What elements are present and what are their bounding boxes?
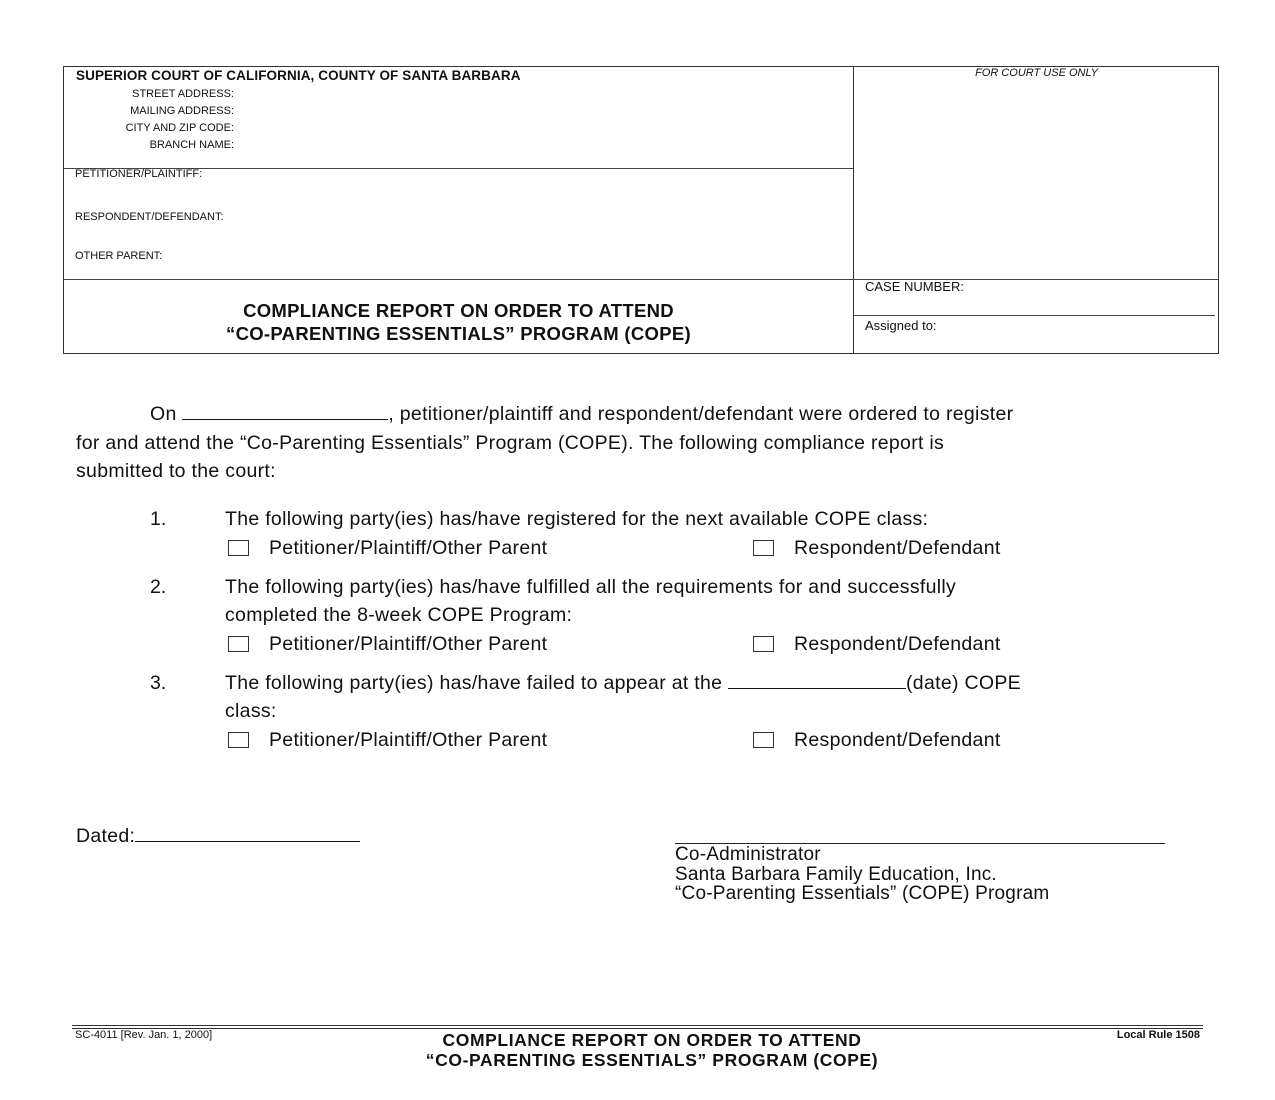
item-1-petitioner-label: Petitioner/Plaintiff/Other Parent — [269, 537, 547, 560]
caption-box: SUPERIOR COURT OF CALIFORNIA, COUNTY OF … — [63, 66, 1219, 354]
item-3-petitioner-checkbox[interactable] — [228, 732, 249, 748]
intro-line-1: On , petitioner/plaintiff and respondent… — [150, 403, 1013, 426]
dated-field[interactable] — [135, 825, 360, 842]
assigned-to-label: Assigned to: — [865, 318, 937, 333]
branch-name-label: BRANCH NAME: — [76, 139, 234, 151]
respondent-label: RESPONDENT/DEFENDANT: — [75, 211, 224, 223]
footer-title: COMPLIANCE REPORT ON ORDER TO ATTEND “CO… — [257, 1030, 1047, 1070]
case-number-divider — [853, 315, 1215, 316]
item-2-number: 2. — [150, 576, 166, 599]
form-id: SC-4011 [Rev. Jan. 1, 2000] — [75, 1029, 212, 1041]
caption-divider-title — [64, 279, 1218, 280]
intro-line-3: submitted to the court: — [76, 460, 276, 483]
item-2-option-respondent[interactable]: Respondent/Defendant — [753, 633, 1001, 655]
item-1-respondent-label: Respondent/Defendant — [794, 537, 1001, 560]
missed-class-date-field[interactable] — [728, 672, 906, 689]
court-use-label: FOR COURT USE ONLY — [854, 67, 1219, 79]
item-3-text-line2: class: — [225, 700, 277, 723]
footer-title-line1: COMPLIANCE REPORT ON ORDER TO ATTEND — [257, 1030, 1047, 1050]
intro-line1-rest: , petitioner/plaintiff and respondent/de… — [388, 403, 1013, 425]
item-3-text-line1: The following party(ies) has/have failed… — [225, 672, 1021, 695]
other-parent-label: OTHER PARENT: — [75, 250, 162, 262]
local-rule: Local Rule 1508 — [1117, 1029, 1200, 1041]
dated-label: Dated: — [76, 825, 135, 847]
item-1-text: The following party(ies) has/have regist… — [225, 508, 928, 531]
item-3-text-suffix: (date) COPE — [906, 672, 1021, 694]
item-2-respondent-checkbox[interactable] — [753, 636, 774, 652]
petitioner-label: PETITIONER/PLAINTIFF: — [75, 168, 202, 180]
item-1-option-petitioner[interactable]: Petitioner/Plaintiff/Other Parent — [228, 537, 547, 559]
item-2-text-line2: completed the 8-week COPE Program: — [225, 604, 572, 627]
item-1-option-respondent[interactable]: Respondent/Defendant — [753, 537, 1001, 559]
item-3-text-prefix: The following party(ies) has/have failed… — [225, 672, 722, 694]
caption-vertical-divider — [853, 67, 854, 353]
court-name: SUPERIOR COURT OF CALIFORNIA, COUNTY OF … — [76, 68, 521, 83]
mailing-address-label: MAILING ADDRESS: — [76, 105, 234, 117]
item-3-petitioner-label: Petitioner/Plaintiff/Other Parent — [269, 729, 547, 752]
dated-row: Dated: — [76, 825, 360, 848]
item-3-number: 3. — [150, 672, 166, 695]
city-zip-label: CITY AND ZIP CODE: — [76, 122, 234, 134]
item-3-respondent-checkbox[interactable] — [753, 732, 774, 748]
item-1-petitioner-checkbox[interactable] — [228, 540, 249, 556]
item-2-petitioner-checkbox[interactable] — [228, 636, 249, 652]
item-2-option-petitioner[interactable]: Petitioner/Plaintiff/Other Parent — [228, 633, 547, 655]
item-2-text-line1: The following party(ies) has/have fulfil… — [225, 576, 956, 599]
footer-rule-bottom — [72, 1028, 1203, 1029]
item-3-option-respondent[interactable]: Respondent/Defendant — [753, 729, 1001, 751]
caption-title: COMPLIANCE REPORT ON ORDER TO ATTEND “CO… — [64, 299, 853, 345]
case-number-label: CASE NUMBER: — [865, 279, 964, 294]
footer-rule-top — [72, 1025, 1203, 1026]
order-date-field[interactable] — [182, 403, 388, 420]
signer-organization: Santa Barbara Family Education, Inc. — [675, 865, 997, 885]
caption-title-line2: “CO-PARENTING ESSENTIALS” PROGRAM (COPE) — [64, 322, 853, 345]
footer-title-line2: “CO-PARENTING ESSENTIALS” PROGRAM (COPE) — [257, 1050, 1047, 1070]
intro-line-2: for and attend the “Co-Parenting Essenti… — [76, 432, 944, 455]
signer-program: “Co-Parenting Essentials” (COPE) Program — [675, 884, 1049, 904]
item-1-respondent-checkbox[interactable] — [753, 540, 774, 556]
item-2-respondent-label: Respondent/Defendant — [794, 633, 1001, 656]
caption-title-line1: COMPLIANCE REPORT ON ORDER TO ATTEND — [64, 299, 853, 322]
item-2-petitioner-label: Petitioner/Plaintiff/Other Parent — [269, 633, 547, 656]
item-3-option-petitioner[interactable]: Petitioner/Plaintiff/Other Parent — [228, 729, 547, 751]
item-3-respondent-label: Respondent/Defendant — [794, 729, 1001, 752]
item-1-number: 1. — [150, 508, 166, 531]
intro-prefix: On — [150, 403, 177, 425]
street-address-label: STREET ADDRESS: — [76, 88, 234, 100]
signer-title: Co-Administrator — [675, 845, 821, 865]
